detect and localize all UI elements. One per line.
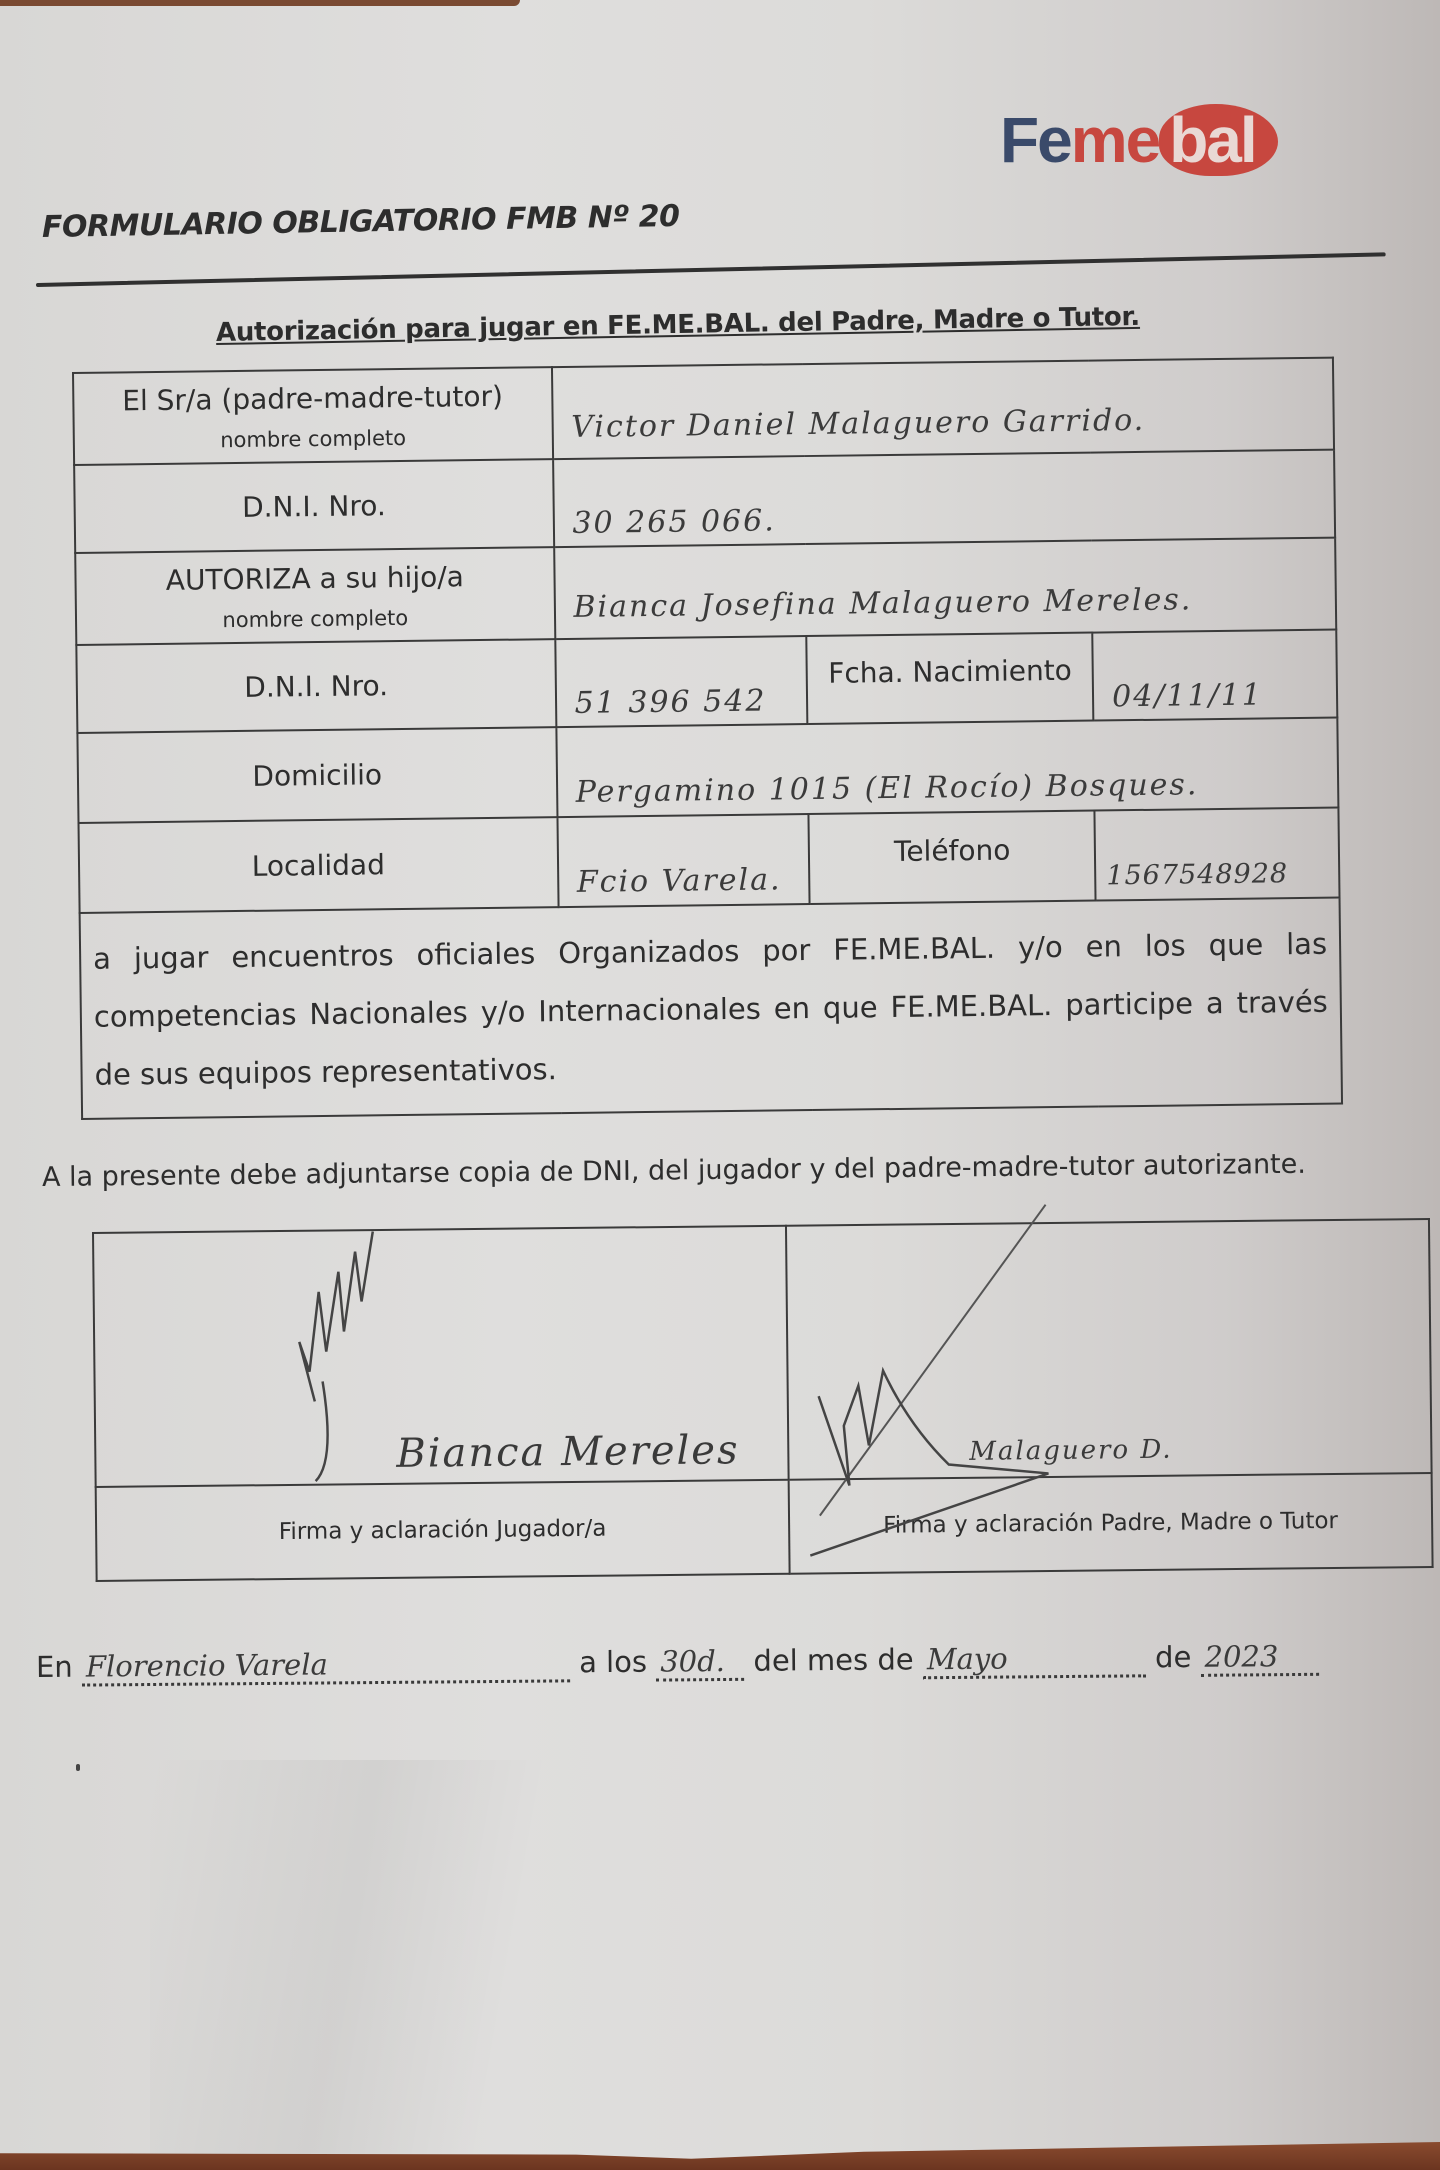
guardian-dni-cell[interactable]: 30 265 066. — [553, 450, 1335, 548]
child-dni-cell[interactable]: 51 396 542 — [555, 636, 808, 727]
phone-label-cell: Teléfono — [809, 811, 1096, 904]
guardian-signature-caption: Firma y aclaración Padre, Madre o Tutor — [789, 1473, 1433, 1574]
child-dni-label-cell: D.N.I. Nro. — [76, 639, 556, 733]
address-label-cell: Domicilio — [77, 727, 557, 823]
authorization-form-table: El Sr/a (padre-madre-tutor) nombre compl… — [72, 357, 1343, 1120]
logo-ball-badge: bal — [1159, 104, 1277, 176]
address-label: Domicilio — [79, 756, 556, 795]
row-locality-phone: Localidad Fcio Varela. Teléfono 15675489… — [79, 808, 1340, 913]
form-title: FORMULARIO OBLIGATORIO FMB Nº 20 — [42, 199, 680, 245]
guardian-dni-label: D.N.I. Nro. — [75, 487, 552, 526]
paper-fold-shadow — [150, 1760, 650, 2160]
child-label-cell: AUTORIZA a su hijo/a nombre completo — [75, 547, 555, 645]
guardian-name-cell[interactable]: Victor Daniel Malaguero Garrido. — [552, 358, 1334, 460]
locality-cell[interactable]: Fcio Varela. — [557, 814, 810, 907]
phone-cell[interactable]: 1567548928 — [1095, 808, 1340, 901]
birthdate-label: Fcha. Nacimiento — [808, 653, 1092, 689]
player-signature-name: Bianca Mereles — [396, 1427, 740, 1477]
place-field[interactable]: Florencio Varela — [82, 1645, 570, 1686]
date-de: de — [1155, 1640, 1192, 1674]
day-field[interactable]: 30d. — [656, 1644, 744, 1682]
guardian-dni-label-cell: D.N.I. Nro. — [74, 459, 554, 553]
row-child-name: AUTORIZA a su hijo/a nombre completo Bia… — [75, 538, 1336, 645]
month-field[interactable]: Mayo — [923, 1640, 1146, 1679]
logo-part-me: me — [1071, 104, 1160, 176]
row-guardian-name: El Sr/a (padre-madre-tutor) nombre compl… — [73, 358, 1334, 465]
birthdate-label-cell: Fcha. Nacimiento — [807, 633, 1094, 724]
attachment-note: A la presente debe adjuntarse copia de D… — [42, 1149, 1306, 1193]
child-name-field[interactable]: Bianca Josefina Malaguero Mereles. — [555, 552, 1335, 625]
logo-part-fe: Fe — [1000, 104, 1071, 176]
guardian-signature-box[interactable]: Malaguero D. — [786, 1219, 1432, 1480]
place-date-line: En Florencio Varela a los 30d. del mes d… — [36, 1639, 1319, 1687]
phone-field[interactable]: 1567548928 — [1096, 817, 1339, 891]
ink-speck — [76, 1764, 80, 1771]
guardian-signature-name: Malaguero D. — [969, 1435, 1173, 1467]
date-prefix: En — [36, 1650, 73, 1684]
address-field[interactable]: Pergamino 1015 (El Rocío) Bosques. — [557, 725, 1337, 810]
child-sublabel: nombre completo — [77, 604, 554, 634]
birthdate-field[interactable]: 04/11/11 — [1093, 636, 1336, 714]
form-subtitle: Autorización para jugar en FE.ME.BAL. de… — [216, 302, 1140, 348]
player-signature-box[interactable]: Bianca Mereles — [93, 1226, 789, 1487]
guardian-dni-field[interactable]: 30 265 066. — [554, 456, 1334, 541]
row-address: Domicilio Pergamino 1015 (El Rocío) Bosq… — [77, 718, 1338, 823]
signature-table: Bianca Mereles Malaguero D. Firma y acla… — [92, 1218, 1434, 1582]
row-child-dni-birth: D.N.I. Nro. 51 396 542 Fcha. Nacimiento … — [76, 630, 1337, 733]
logo-part-bal: bal — [1169, 104, 1255, 176]
child-name-cell[interactable]: Bianca Josefina Malaguero Mereles. — [554, 538, 1336, 640]
table-surface-top — [0, 0, 520, 6]
table-surface-bottom — [0, 2142, 1440, 2170]
locality-field[interactable]: Fcio Varela. — [558, 822, 809, 900]
guardian-label: El Sr/a (padre-madre-tutor) — [74, 379, 551, 418]
guardian-name-field[interactable]: Victor Daniel Malaguero Garrido. — [553, 372, 1333, 445]
child-label: AUTORIZA a su hijo/a — [76, 559, 553, 598]
authorization-text: a jugar encuentros oficiales Organizados… — [81, 899, 1341, 1118]
player-signature-caption: Firma y aclaración Jugador/a — [96, 1480, 790, 1581]
birthdate-cell[interactable]: 04/11/11 — [1092, 630, 1337, 721]
femebal-logo: Femebal — [1000, 100, 1380, 180]
locality-label: Localidad — [80, 846, 557, 885]
child-dni-field[interactable]: 51 396 542 — [556, 643, 807, 721]
locality-label-cell: Localidad — [79, 817, 559, 913]
date-a-los: a los — [579, 1645, 647, 1680]
date-del-mes-de: del mes de — [753, 1642, 913, 1677]
row-guardian-dni: D.N.I. Nro. 30 265 066. — [74, 450, 1335, 553]
child-dni-label: D.N.I. Nro. — [78, 667, 555, 706]
address-cell[interactable]: Pergamino 1015 (El Rocío) Bosques. — [556, 718, 1338, 818]
guardian-sublabel: nombre completo — [75, 424, 552, 454]
phone-label: Teléfono — [810, 832, 1094, 868]
guardian-label-cell: El Sr/a (padre-madre-tutor) nombre compl… — [73, 367, 553, 465]
authorization-text-cell: a jugar encuentros oficiales Organizados… — [80, 898, 1342, 1119]
title-divider — [36, 252, 1386, 287]
row-authorization-text: a jugar encuentros oficiales Organizados… — [80, 898, 1342, 1119]
year-field[interactable]: 2023 — [1200, 1639, 1318, 1677]
